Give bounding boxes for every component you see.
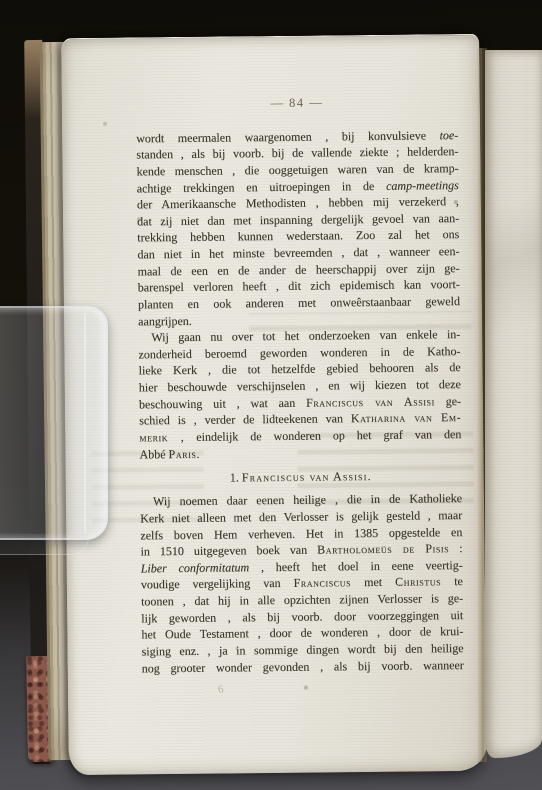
photo-of-open-book: — 84 — wordt meermalen waargenomen , bij… <box>0 0 542 790</box>
text-segment: dan niet in het minste bevreemden , dat … <box>137 244 459 261</box>
text-segment: Abbé <box>139 447 168 461</box>
text-column: — 84 — wordt meermalen waargenomen , bij… <box>136 93 464 676</box>
text-segment: te <box>441 574 463 588</box>
text-segment: schied is , verder de lidteekenen van <box>139 411 351 427</box>
text-segment: Franciscus van Assisi <box>306 394 435 409</box>
text-segment: ge- <box>435 394 461 408</box>
text-segment: zonderheid beroemd geworden wonderen in … <box>138 344 460 361</box>
text-segment: planten en ook anderen met onweêrstaanba… <box>138 294 460 311</box>
text-segment: met <box>351 575 395 589</box>
text-segment: in 1510 uitgegeven boek van <box>140 543 317 559</box>
text-segment: Wij noemen daar eenen heilige , die in d… <box>153 491 462 508</box>
text-segment: achtige trekkingen en uitroepingen in de <box>137 178 386 195</box>
text-segment: maal de een en de ander de heerschappij … <box>138 261 460 278</box>
plastic-clip-ridge <box>84 313 86 533</box>
facing-page-edge <box>485 50 542 758</box>
text-segment: Paris. <box>168 446 200 460</box>
paper-specks <box>61 39 63 41</box>
text-segment: merik , <box>139 430 184 444</box>
text-segment: siging enz. , ja in sommige dingen wordt… <box>142 641 464 658</box>
text-segment: voudige vergelijking van <box>141 576 294 592</box>
text-segment: , heeft het doel in eene veertig- <box>249 558 463 574</box>
text-segment: Kerk niet alleen met den Verlosser is ge… <box>140 508 462 525</box>
text-segment: zelfs boven Hem verheven. Het in 1385 op… <box>140 525 462 542</box>
text-segment: nog grooter wonder gevonden , als bij vo… <box>142 658 464 675</box>
text-segment: standen , als bij voorb. bij de vallende… <box>136 144 458 161</box>
text-segment: toe- <box>439 128 458 142</box>
text-segment: der Amerikaansche Methodisten , hebben m… <box>137 194 459 211</box>
text-segment: aangrijpen. <box>138 313 192 328</box>
page-number: — 84 — <box>136 93 458 113</box>
text-segment: Franciscus <box>293 576 351 591</box>
text-segment: dat zij niet dan met inspanning dergelij… <box>137 211 459 228</box>
text-line: Abbé Paris. <box>139 443 461 463</box>
text-segment: hier beschouwde verschijnselen , en wij … <box>139 377 461 394</box>
text-segment: barenspel verloren heeft , dit zich epid… <box>138 277 460 294</box>
text-line: nog grooter wonder gevonden , als bij vo… <box>142 657 464 677</box>
text-segment: kende menschen , die ooggetuigen waren v… <box>136 161 458 178</box>
plastic-clip-fold <box>0 534 89 555</box>
plastic-clip <box>0 306 108 540</box>
text-segment: : <box>449 541 462 555</box>
text-segment: lijk geworden , als bij voorb. door voor… <box>141 608 463 625</box>
text-segment: Franciscus van Assisi. <box>242 469 372 484</box>
text-line: merik , eindelijk de wonderen op het gra… <box>139 426 461 446</box>
text-segment: het Oude Testament , door de wonderen , … <box>141 624 463 641</box>
text-segment: Bartholomeüs de Pisis <box>317 541 449 556</box>
text-segment: Christus <box>395 575 441 589</box>
signature-mark: 6 <box>217 683 224 696</box>
text-segment: wordt meermalen waargenomen , bij konvul… <box>136 128 439 145</box>
text-segment: Liber conformitatum <box>141 560 250 575</box>
text-segment: Wij gaan nu over tot het onderzoeken van… <box>151 327 460 344</box>
text-segment: 1. <box>230 470 242 484</box>
text-line: planten en ook anderen met onweêrstaanba… <box>138 293 460 313</box>
text-segment: camp-meetings <box>386 178 459 193</box>
text-segment: Katharina van Em- <box>351 410 461 425</box>
text-segment: beschouwing uit , wat aan <box>139 395 306 411</box>
facing-page-crease <box>485 50 542 758</box>
book-page: — 84 — wordt meermalen waargenomen , bij… <box>61 34 487 775</box>
text-segment: lieke Kerk , die tot hetzelfde gebied be… <box>139 360 461 377</box>
text-segment: eindelijk de wonderen op het graf van de… <box>184 427 461 444</box>
text-segment: trekking hebben kunnen wederstaan. Zoo z… <box>137 227 459 244</box>
section-heading: 1. Franciscus van Assisi. <box>140 467 462 487</box>
text-segment: toonen , dat hij in alle opzichten zijne… <box>141 591 463 608</box>
